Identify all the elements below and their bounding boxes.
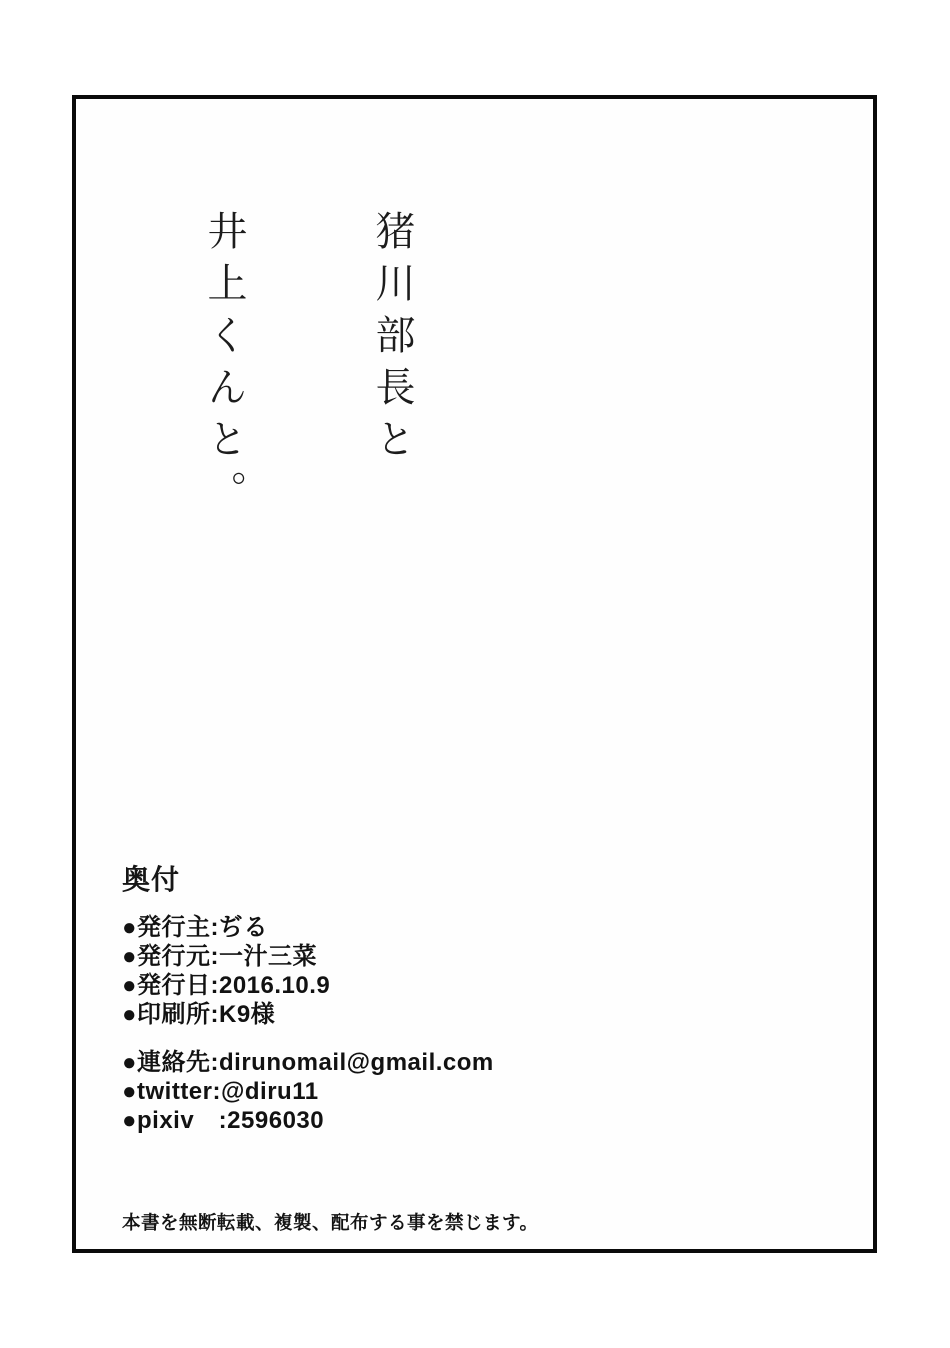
book-title-column-left: 井上くんと。	[196, 210, 252, 770]
copyright-notice: 本書を無断転載、複製、配布する事を禁じます。	[122, 1209, 539, 1235]
contact-email-line: ●連絡先:dirunomail@gmail.com	[122, 1048, 494, 1077]
colophon-heading: 奥付	[122, 858, 180, 898]
publisher-info-block: ●発行主:ぢる ●発行元:一汁三菜 ●発行日:2016.10.9 ●印刷所:K9…	[122, 913, 330, 1029]
publisher-line: ●発行主:ぢる	[122, 913, 330, 942]
publisher-line: ●発行元:一汁三菜	[122, 942, 330, 971]
book-title-column-right: 猪川部長と	[364, 210, 420, 770]
colophon-page: 猪川部長と 井上くんと。 奥付 ●発行主:ぢる ●発行元:一汁三菜 ●発行日:2…	[0, 0, 950, 1348]
publication-date-line: ●発行日:2016.10.9	[122, 971, 330, 1000]
contact-pixiv-line: ●pixiv :2596030	[122, 1106, 494, 1135]
contact-twitter-line: ●twitter:@diru11	[122, 1077, 494, 1106]
book-title-vertical: 猪川部長と 井上くんと。	[84, 210, 532, 770]
printer-line: ●印刷所:K9様	[122, 1000, 330, 1029]
contact-info-block: ●連絡先:dirunomail@gmail.com ●twitter:@diru…	[122, 1048, 494, 1135]
